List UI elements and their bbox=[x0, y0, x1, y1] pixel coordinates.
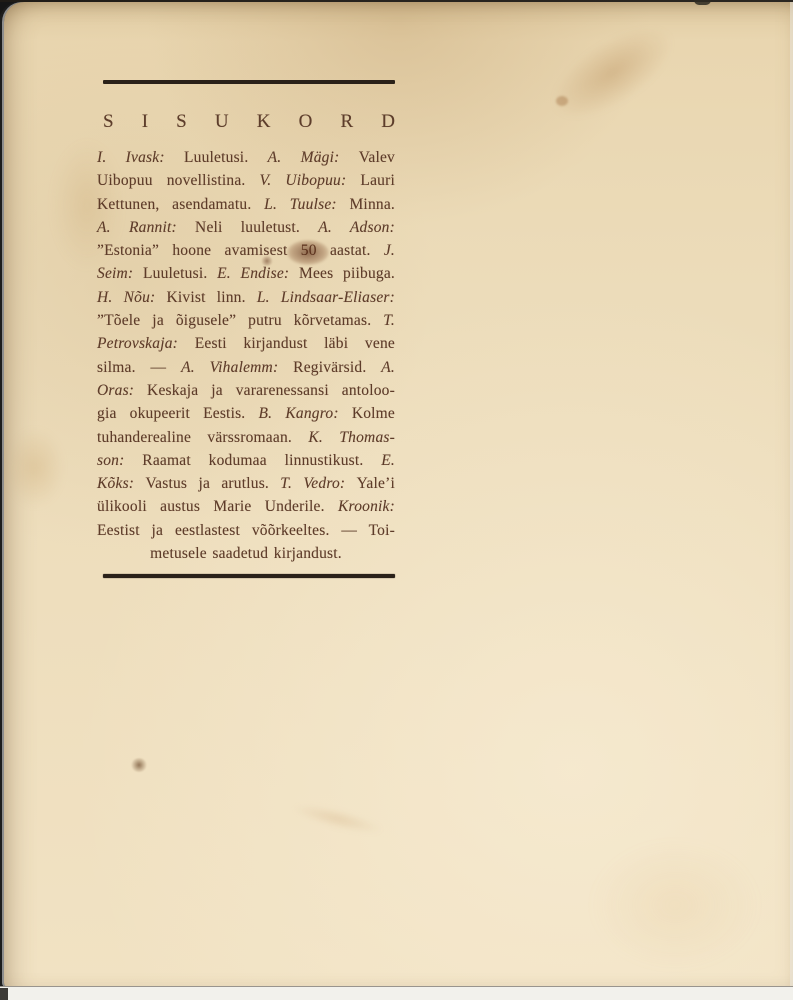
toc-heading-letter: O bbox=[299, 109, 313, 134]
toc-title-segment: Mees piibuga. bbox=[299, 265, 395, 282]
toc-title-segment: silma. — bbox=[97, 359, 181, 376]
toc-author-segment: L. Tuulse: bbox=[264, 196, 349, 213]
toc-line: Kõks: Vastus ja arutlus. T. Vedro: Yale’… bbox=[97, 472, 395, 495]
toc-author-segment: B. Kangro: bbox=[259, 405, 352, 422]
toc-title-segment: Vastus ja arutlus. bbox=[145, 475, 280, 492]
toc-author-segment: son: bbox=[97, 452, 142, 469]
toc-title-segment: Keskaja ja vararenessansi antoloo- bbox=[147, 382, 395, 399]
toc-title-segment: Kivist linn. bbox=[167, 289, 257, 306]
scanned-book-page: SISUKORD I. Ivask: Luuletusi. A. Mägi: V… bbox=[0, 0, 793, 1000]
toc-paragraph: I. Ivask: Luuletusi. A. Mägi: ValevUibop… bbox=[97, 146, 395, 565]
toc-title-segment: Kolme bbox=[352, 405, 395, 422]
toc-author-segment: T. Vedro: bbox=[280, 475, 356, 492]
toc-title-segment: ”Tõele ja õigusele” putru kõrvetamas. bbox=[97, 312, 383, 329]
toc-title-segment: Valev bbox=[359, 149, 395, 166]
top-rule bbox=[103, 80, 395, 84]
bottom-rule bbox=[103, 574, 395, 578]
toc-title-segment: Regivärsid. bbox=[293, 359, 381, 376]
toc-author-segment: A. bbox=[381, 359, 395, 376]
toc-heading-letter: S bbox=[176, 109, 187, 134]
toc-line: son: Raamat kodumaa linnustikust. E. bbox=[97, 449, 395, 472]
toc-author-segment: J. bbox=[384, 242, 395, 259]
toc-author-segment: K. Thomas- bbox=[308, 429, 395, 446]
toc-author-segment: Oras: bbox=[97, 382, 147, 399]
scan-top-edge bbox=[0, 0, 793, 2]
toc-author-segment: I. Ivask: bbox=[97, 149, 184, 166]
toc-heading-letter: S bbox=[103, 109, 114, 134]
toc-heading-letter: U bbox=[215, 109, 229, 134]
toc-line: H. Nõu: Kivist linn. L. Lindsaar-Eliaser… bbox=[97, 286, 395, 309]
toc-heading-letter: I bbox=[142, 109, 148, 134]
toc-title-segment: Luuletusi. bbox=[143, 265, 217, 282]
toc-line: A. Rannit: Neli luuletust. A. Adson: bbox=[97, 216, 395, 239]
toc-title-segment: Luuletusi. bbox=[184, 149, 268, 166]
toc-line: metusele saadetud kirjandust. bbox=[97, 542, 395, 565]
toc-author-segment: L. Lindsaar-Eliaser: bbox=[257, 289, 395, 306]
toc-author-segment: A. Mägi: bbox=[268, 149, 359, 166]
toc-line: Oras: Keskaja ja vararenessansi antoloo- bbox=[97, 379, 395, 402]
toc-line: tuhanderealine värssromaan. K. Thomas- bbox=[97, 426, 395, 449]
printed-content: SISUKORD I. Ivask: Luuletusi. A. Mägi: V… bbox=[97, 80, 395, 578]
toc-line: Kettunen, asendamatu. L. Tuulse: Minna. bbox=[97, 193, 395, 216]
toc-title-segment: Uibopuu novellistina. bbox=[97, 172, 260, 189]
toc-title-segment: ”Estonia” hoone avamisest 50 aastat. bbox=[97, 242, 384, 259]
toc-title-segment: Eesti kirjandust läbi vene bbox=[195, 335, 395, 352]
toc-line: gia okupeerit Eestis. B. Kangro: Kolme bbox=[97, 402, 395, 425]
toc-title-segment: Kettunen, asendamatu. bbox=[97, 196, 264, 213]
toc-author-segment: T. bbox=[383, 312, 395, 329]
toc-author-segment: Kroonik: bbox=[338, 498, 395, 515]
toc-author-segment: H. Nõu: bbox=[97, 289, 167, 306]
toc-line: ülikooli austus Marie Underile. Kroonik: bbox=[97, 495, 395, 518]
toc-heading-letter: R bbox=[340, 109, 353, 134]
toc-author-segment: A. Vihalemm: bbox=[181, 359, 293, 376]
toc-line: Uibopuu novellistina. V. Uibopuu: Lauri bbox=[97, 169, 395, 192]
toc-line: ”Estonia” hoone avamisest 50 aastat. J. bbox=[97, 239, 395, 262]
toc-author-segment: Kõks: bbox=[97, 475, 145, 492]
toc-line: I. Ivask: Luuletusi. A. Mägi: Valev bbox=[97, 146, 395, 169]
scan-bottom-strip bbox=[0, 986, 793, 1000]
toc-heading-letter: K bbox=[257, 109, 271, 134]
toc-heading-letter: D bbox=[381, 109, 395, 134]
page-edge-notch-top bbox=[694, 0, 711, 5]
toc-author-segment: Seim: bbox=[97, 265, 143, 282]
toc-title-segment: gia okupeerit Eestis. bbox=[97, 405, 259, 422]
toc-line: silma. — A. Vihalemm: Regivärsid. A. bbox=[97, 356, 395, 379]
toc-line: ”Tõele ja õigusele” putru kõrvetamas. T. bbox=[97, 309, 395, 332]
toc-title-segment: Eestist ja eestlastest võõrkeeltes. — To… bbox=[97, 522, 395, 539]
toc-title-segment: Neli luuletust. bbox=[195, 219, 318, 236]
toc-author-segment: E. Endise: bbox=[217, 265, 299, 282]
toc-title-segment: Lauri bbox=[360, 172, 395, 189]
toc-line: Seim: Luuletusi. E. Endise: Mees piibuga… bbox=[97, 262, 395, 285]
toc-author-segment: V. Uibopuu: bbox=[260, 172, 361, 189]
toc-title-segment: Raamat kodumaa linnustikust. bbox=[142, 452, 381, 469]
toc-author-segment: E. bbox=[381, 452, 395, 469]
toc-line: Eestist ja eestlastest võõrkeeltes. — To… bbox=[97, 519, 395, 542]
toc-line: Petrovskaja: Eesti kirjandust läbi vene bbox=[97, 332, 395, 355]
toc-author-segment: A. Rannit: bbox=[97, 219, 195, 236]
page-edge-notch-bottom bbox=[0, 988, 8, 1000]
toc-author-segment: A. Adson: bbox=[318, 219, 395, 236]
toc-author-segment: Petrovskaja: bbox=[97, 335, 195, 352]
toc-title-segment: metusele saadetud kirjandust. bbox=[150, 545, 342, 562]
toc-title-segment: tuhanderealine värssromaan. bbox=[97, 429, 308, 446]
toc-title-segment: Minna. bbox=[349, 196, 395, 213]
toc-title-segment: Yale’i bbox=[357, 475, 395, 492]
toc-title-segment: ülikooli austus Marie Underile. bbox=[97, 498, 338, 515]
toc-heading: SISUKORD bbox=[103, 109, 395, 134]
